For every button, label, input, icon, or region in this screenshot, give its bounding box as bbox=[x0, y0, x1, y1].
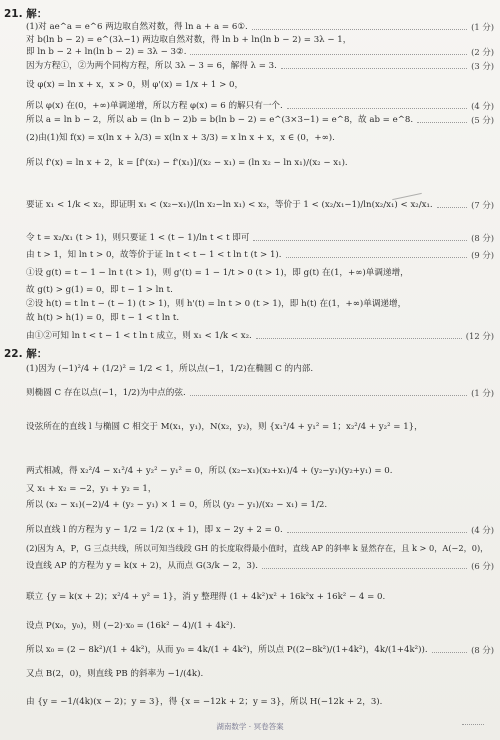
question-21-number: 21. 解： bbox=[4, 6, 47, 21]
score-mark: (4 分) bbox=[471, 101, 494, 112]
q22-line-3: 设弦所在的直线 l 与椭圆 C 相交于 M(x₁，y₁)，N(x₂，y₂)，则 … bbox=[26, 422, 494, 433]
q22-line-14: 由 {y = −1/(4k)(x − 2)；y = 3}，得 {x = −12k… bbox=[26, 697, 494, 708]
q21-line-8: (2)由(1)知 f(x) = x(ln x + λ/3) = x(ln x +… bbox=[26, 133, 494, 144]
question-22-number: 22. 解： bbox=[4, 346, 47, 361]
score-mark: (8 分) bbox=[471, 645, 494, 656]
q22-line-5: 又 x₁ + x₂ = −2，y₁ + y₂ = 1， bbox=[26, 484, 494, 495]
q21-line-2: 对 b(ln b − 2) = e^(3λ−1) 两边取自然对数，得 ln b … bbox=[26, 35, 494, 46]
q21-line-13: ①设 g(t) = t − 1 − ln t (t > 1)，则 g'(t) =… bbox=[26, 268, 494, 279]
q22-line-6: 所以 (x₂ − x₁)(−2)/4 + (y₂ − y₁) × 1 = 0，所… bbox=[26, 500, 494, 511]
score-mark: (8 分) bbox=[471, 233, 494, 244]
q22-line-8: (2)因为 A，P，G 三点共线，所以可知当线段 GH 的长度取得最小值时，直线… bbox=[26, 543, 494, 554]
q22-line-13: 又点 B(2，0)，则直线 PB 的斜率为 −1/(4k). bbox=[26, 669, 494, 680]
q21-line-1: (1)对 ae^a = e^6 两边取自然对数，得 ln a + a = 6①.… bbox=[26, 22, 494, 33]
q22-line-12: 所以 x₀ = (2 − 8k²)/(1 + 4k²)，从而 y₀ = 4k/(… bbox=[26, 645, 494, 656]
score-mark: (1 分) bbox=[471, 22, 494, 33]
q21-line-14: 故 g(t) > g(1) = 0，即 t − 1 > ln t. bbox=[26, 285, 494, 296]
answer-sheet-page: 21. 解： (1)对 ae^a = e^6 两边取自然对数，得 ln a + … bbox=[0, 0, 500, 740]
q21-line-11: 令 t = x₂/x₁ (t > 1)，则只要证 1 < (t − 1)/ln … bbox=[26, 233, 494, 244]
q21-line-15: ②设 h(t) = t ln t − (t − 1) (t > 1)，则 h'(… bbox=[26, 299, 494, 310]
q22-line-4: 两式相减，得 x₂²/4 − x₁²/4 + y₂² − y₁² = 0，所以 … bbox=[26, 466, 494, 477]
q22-line-11: 设点 P(x₀，y₀)，则 (−2)·x₀ = (16k² − 4)/(1 + … bbox=[26, 621, 494, 632]
score-mark: (6 分) bbox=[471, 561, 494, 572]
score-mark: (5 分) bbox=[471, 115, 494, 126]
q22-line-1: (1)因为 (−1)²/4 + (1/2)² = 1/2 < 1，所以点(−1，… bbox=[26, 364, 494, 375]
q21-line-17: 由①②可知 ln t < t − 1 < t ln t 成立，则 x₁ < 1/… bbox=[26, 331, 494, 342]
q21-line-4: 因为方程①，②为两个同构方程，所以 3λ − 3 = 6，解得 λ = 3.(3… bbox=[26, 61, 494, 72]
score-mark: (12 分) bbox=[466, 331, 494, 342]
q21-line-7: 所以 a = ln b − 2，所以 ab = (ln b − 2)b = b(… bbox=[26, 115, 494, 126]
score-mark: (7 分) bbox=[471, 200, 494, 211]
score-mark: (1 分) bbox=[471, 388, 494, 399]
q21-line-5: 设 φ(x) = ln x + x，x > 0，则 φ'(x) = 1/x + … bbox=[26, 80, 494, 91]
page-footer: 湖南数学 · 冥卷答案 bbox=[0, 721, 500, 732]
score-mark: (3 分) bbox=[471, 61, 494, 72]
q22-line-7: 所以直线 l 的方程为 y − 1/2 = 1/2 (x + 1)，即 x − … bbox=[26, 525, 494, 536]
q21-line-3: 即 ln b − 2 + ln(ln b − 2) = 3λ − 3②.(2 分… bbox=[26, 47, 494, 58]
q22-line-10: 联立 {y = k(x + 2)；x²/4 + y² = 1}，消 y 整理得 … bbox=[26, 592, 494, 603]
score-mark: (9 分) bbox=[471, 250, 494, 261]
score-mark: (4 分) bbox=[471, 525, 494, 536]
score-mark: (2 分) bbox=[471, 47, 494, 58]
q21-line-10: 要证 x₁ < 1/k < x₂，即证明 x₁ < (x₂−x₁)/(ln x₂… bbox=[26, 200, 494, 211]
q21-line-16: 故 h(t) > h(1) = 0，即 t − 1 < t ln t. bbox=[26, 313, 494, 324]
q22-line-9: 设直线 AP 的方程为 y = k(x + 2)，从而点 G(3/k − 2，3… bbox=[26, 561, 494, 572]
footer-dots bbox=[462, 724, 484, 725]
q21-line-6: 所以 φ(x) 在(0，+∞)单调递增，所以方程 φ(x) = 6 的解只有一个… bbox=[26, 101, 494, 112]
q21-line-12: 由 t > 1，知 ln t > 0，故等价于证 ln t < t − 1 < … bbox=[26, 250, 494, 261]
q22-line-2: 则椭圆 C 存在以点(−1，1/2)为中点的弦.(1 分) bbox=[26, 388, 494, 399]
q21-line-9: 所以 f'(x) = ln x + 2，k = [f'(x₂) − f'(x₁)… bbox=[26, 158, 494, 169]
